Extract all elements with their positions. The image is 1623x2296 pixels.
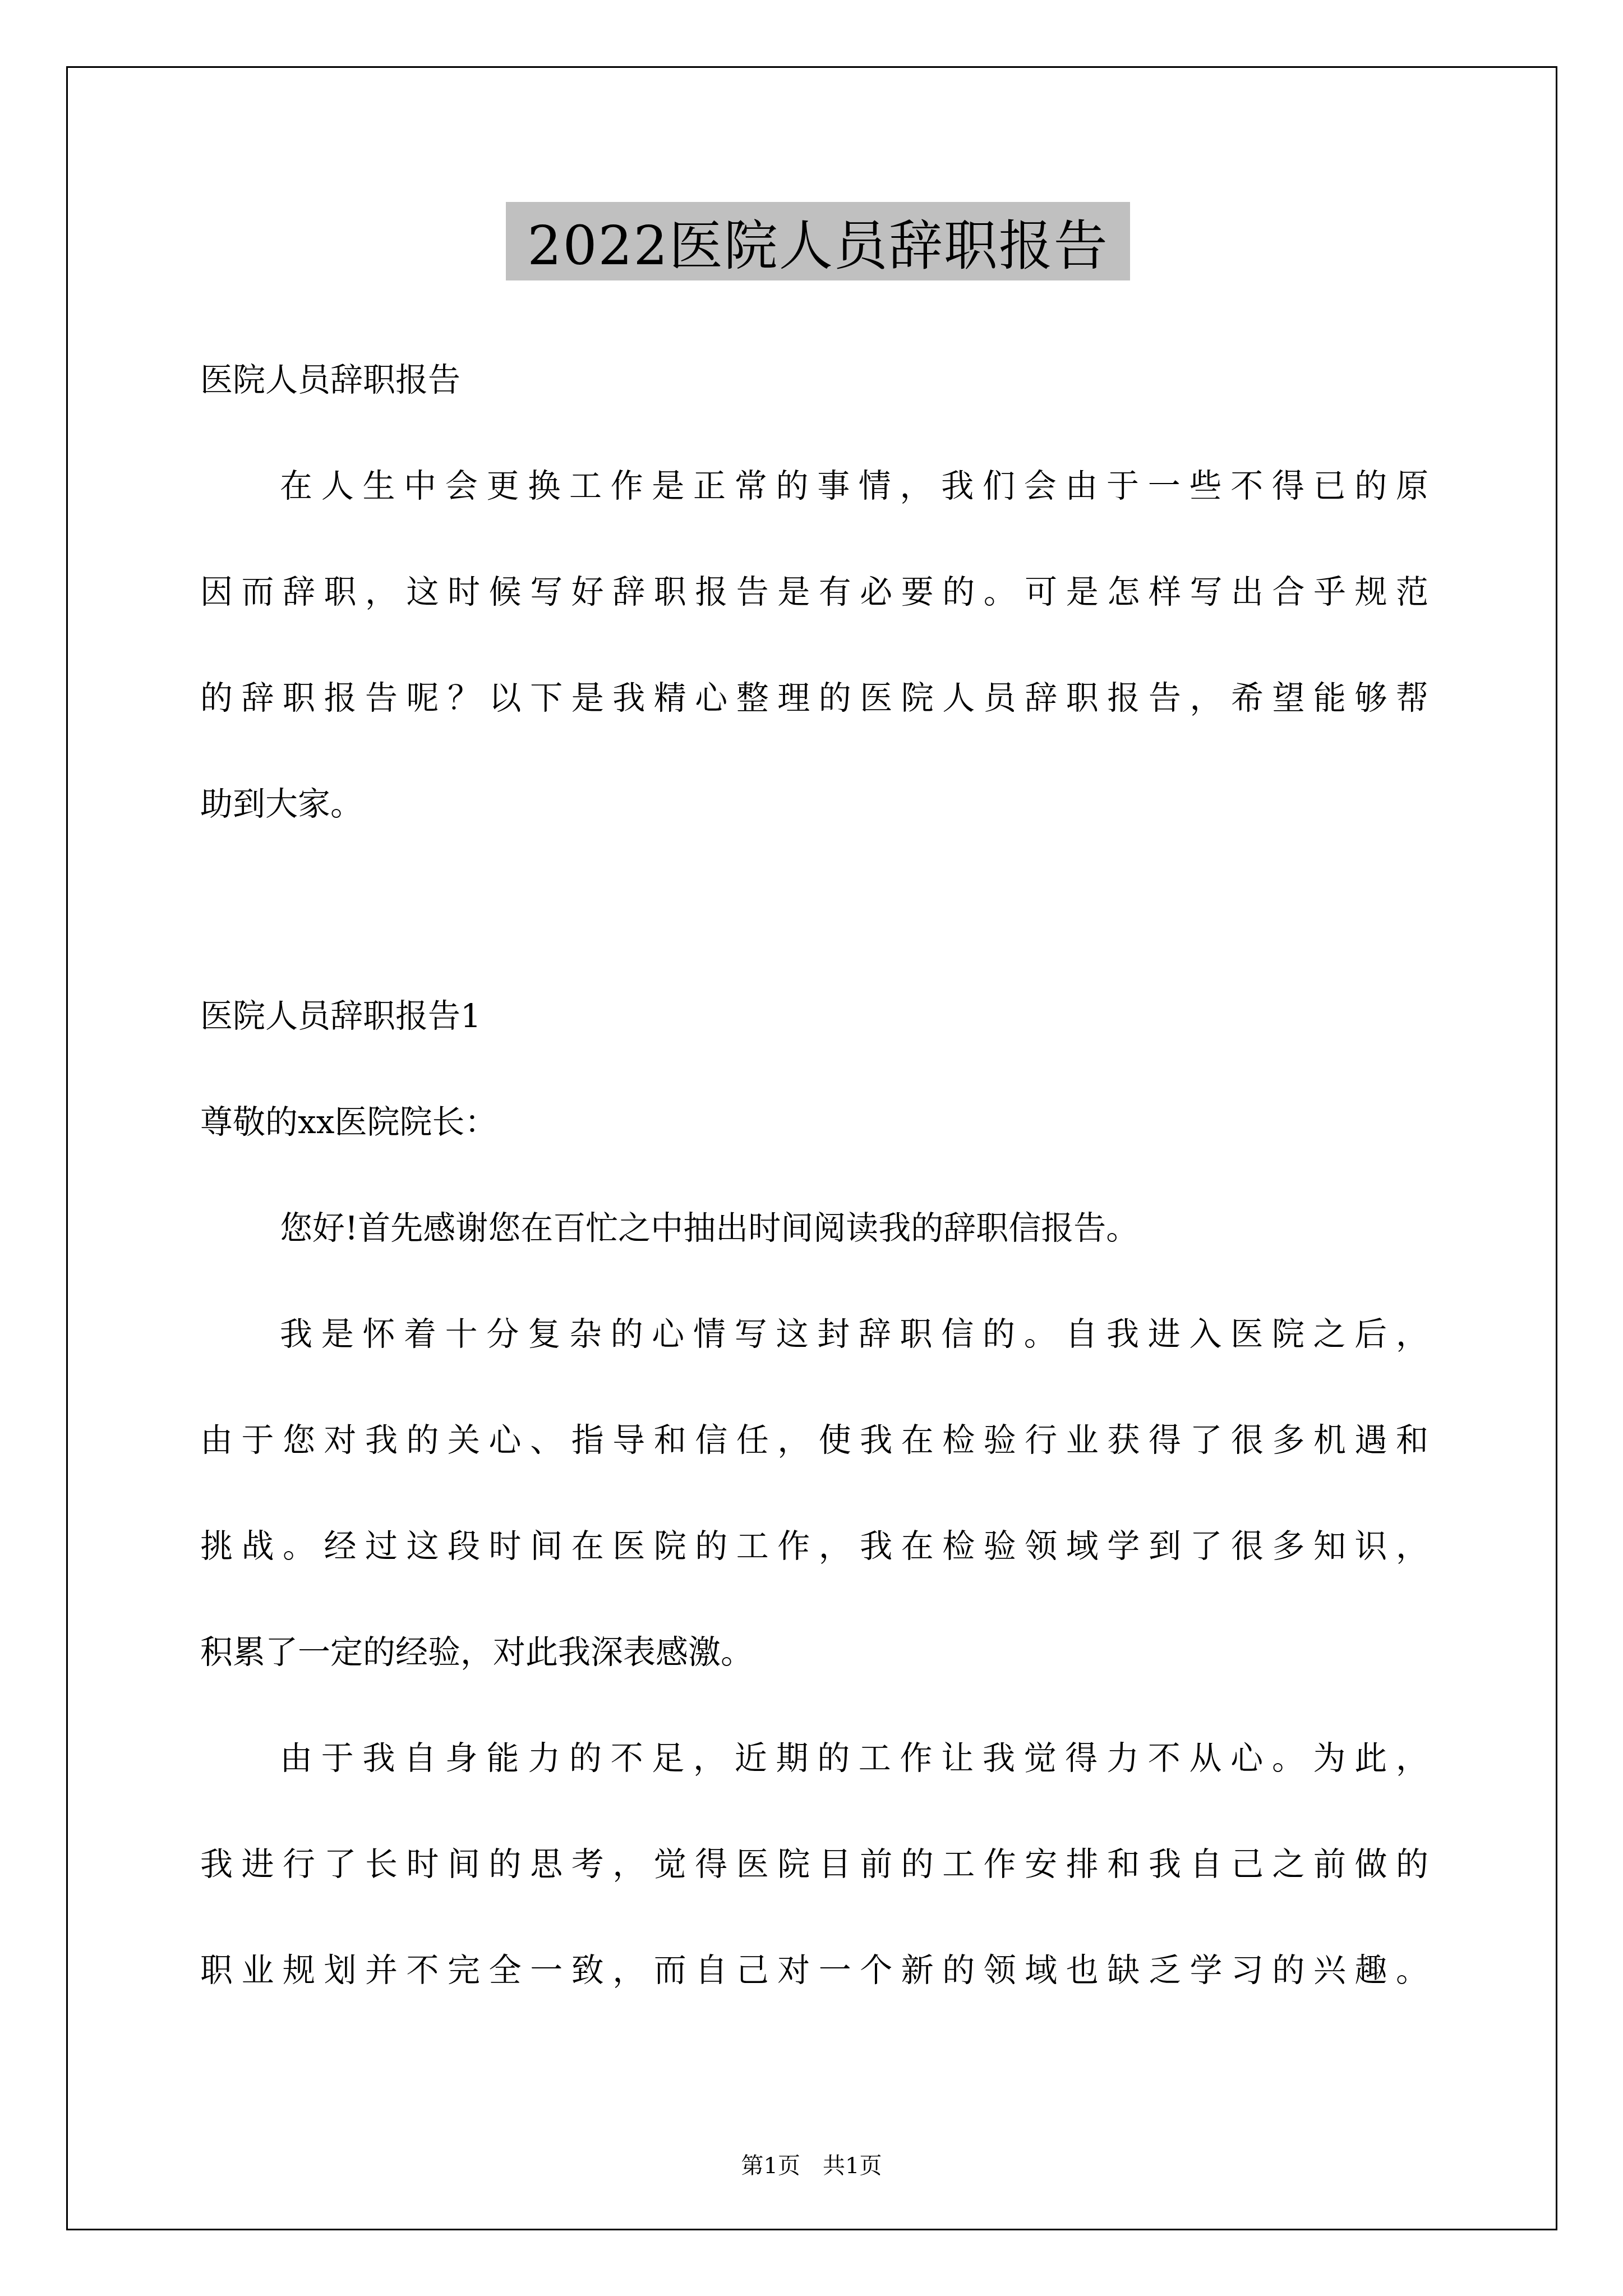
- letter-paragraph-line: 职业规划并不完全一致，而自己对一个新的领域也缺乏学习的兴趣。: [200, 1948, 1428, 1993]
- salutation: 尊敬的xx医院院长：: [200, 1099, 1428, 1144]
- letter-paragraph-line: 我进行了长时间的思考，觉得医院目前的工作安排和我自己之前做的: [200, 1842, 1428, 1887]
- letter-paragraph-line: 由于我自身能力的不足，近期的工作让我觉得力不从心。为此，: [200, 1736, 1428, 1780]
- intro-paragraph-line: 在人生中会更换工作是正常的事情，我们会由于一些不得已的原: [200, 463, 1428, 508]
- intro-paragraph-line: 因而辞职，这时候写好辞职报告是有必要的。可是怎样写出合乎规范: [200, 569, 1428, 614]
- intro-heading: 医院人员辞职报告: [200, 357, 1428, 402]
- letter-paragraph-line: 我是怀着十分复杂的心情写这封辞职信的。自我进入医院之后，: [200, 1312, 1428, 1356]
- intro-paragraph-line: 助到大家。: [200, 781, 1428, 826]
- document-title: 2022医院人员辞职报告: [506, 202, 1130, 280]
- letter-paragraph-line: 由于您对我的关心、指导和信任，使我在检验行业获得了很多机遇和: [200, 1418, 1428, 1462]
- letter-paragraph-line: 积累了一定的经验，对此我深表感激。: [200, 1630, 1428, 1674]
- letter-paragraph-line: 挑战。经过这段时间在医院的工作，我在检验领域学到了很多知识，: [200, 1524, 1428, 1568]
- intro-paragraph-line: 的辞职报告呢？以下是我精心整理的医院人员辞职报告，希望能够帮: [200, 675, 1428, 720]
- letter-paragraph-line: 您好!首先感谢您在百忙之中抽出时间阅读我的辞职信报告。: [200, 1205, 1428, 1250]
- page-number-footer: 第1页 共1页: [0, 2153, 1623, 2179]
- section-heading: 医院人员辞职报告1: [200, 993, 1428, 1038]
